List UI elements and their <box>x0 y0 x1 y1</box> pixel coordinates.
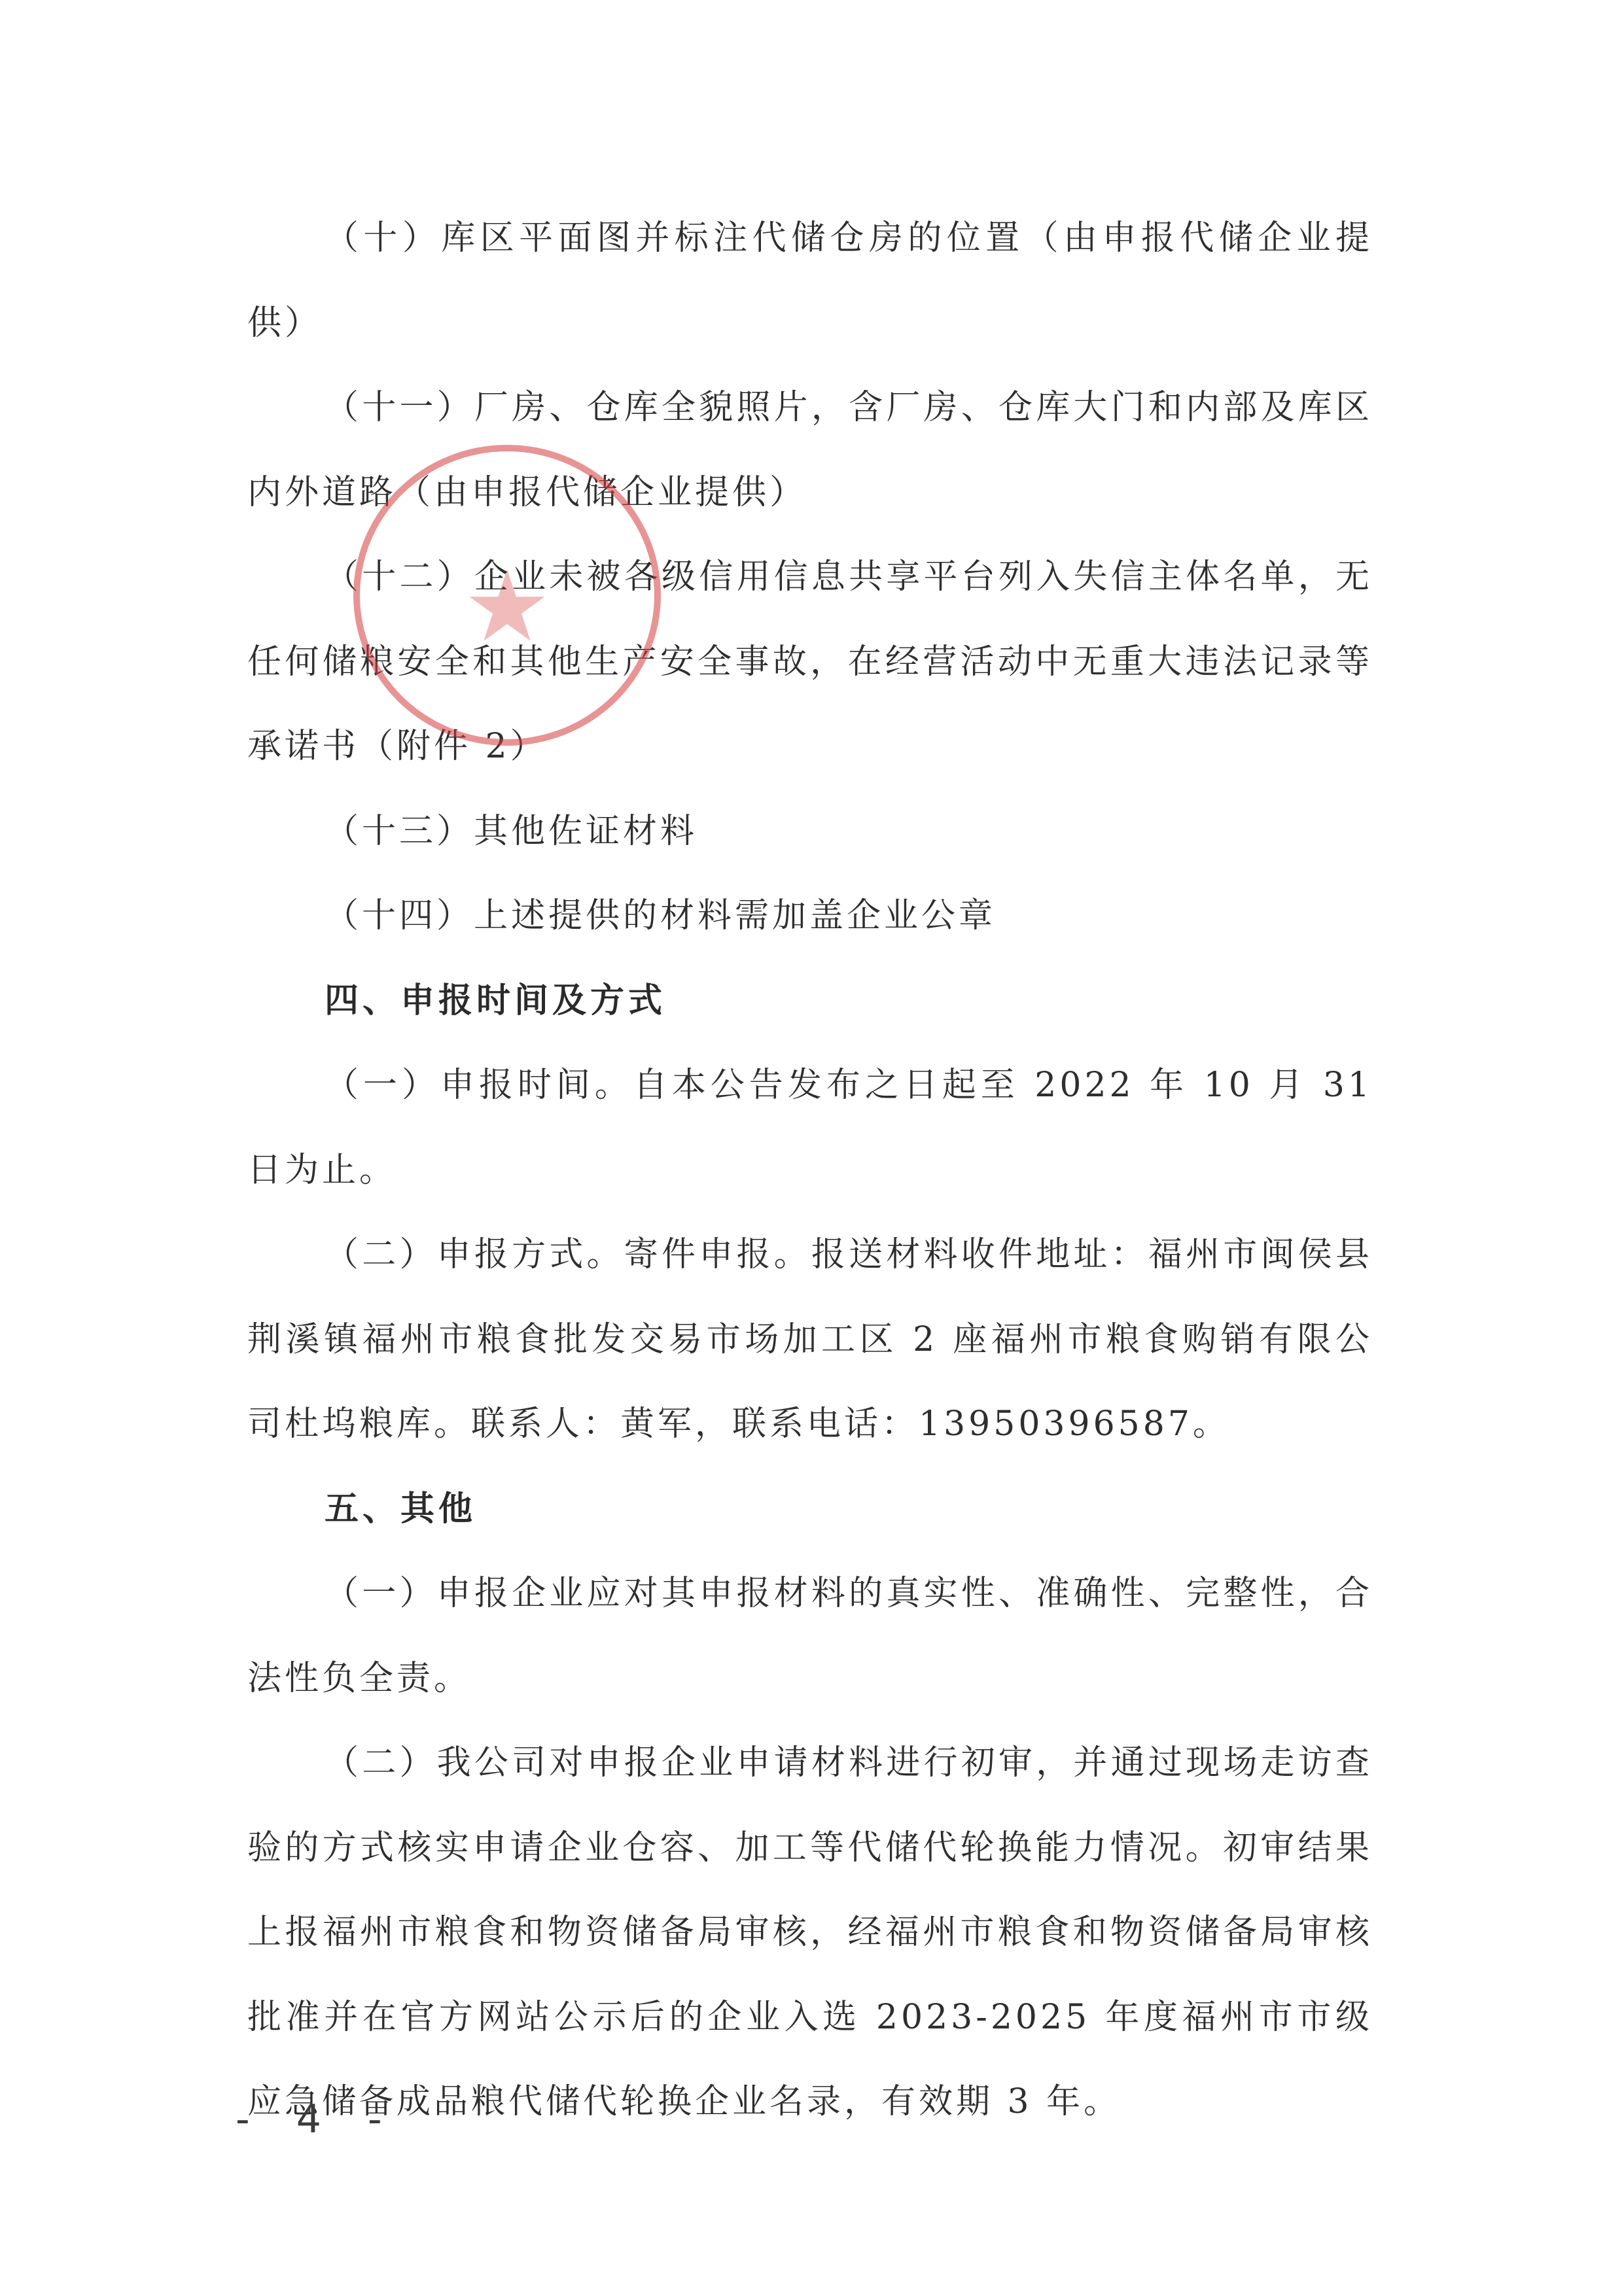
item-11: （十一）厂房、仓库全貌照片，含厂房、仓库大门和内部及库区内外道路（由申报代储企业… <box>247 366 1373 535</box>
section-heading-5: 五、其他 <box>247 1467 1373 1552</box>
section-5-item-1: （一）申报企业应对其申报材料的真实性、准确性、完整性，合法性负全责。 <box>247 1552 1373 1721</box>
document-page: （十）库区平面图并标注代储仓房的位置（由申报代储企业提供） （十一）厂房、仓库全… <box>0 0 1624 2296</box>
item-14: （十四）上述提供的材料需加盖企业公章 <box>247 874 1373 959</box>
page-number: - 4 - <box>236 2096 399 2142</box>
section-4-item-1: （一）申报时间。自本公告发布之日起至 2022 年 10 月 31 日为止。 <box>247 1043 1373 1213</box>
section-5-item-2: （二）我公司对申报企业申请材料进行初审，并通过现场走访查验的方式核实申请企业仓容… <box>247 1721 1373 2145</box>
section-4-item-2: （二）申报方式。寄件申报。报送材料收件地址：福州市闽侯县荆溪镇福州市粮食批发交易… <box>247 1213 1373 1467</box>
item-13: （十三）其他佐证材料 <box>247 790 1373 875</box>
section-heading-4: 四、申报时间及方式 <box>247 959 1373 1044</box>
item-10: （十）库区平面图并标注代储仓房的位置（由申报代储企业提供） <box>247 196 1373 366</box>
item-12: （十二）企业未被各级信用信息共享平台列入失信主体名单，无任何储粮安全和其他生产安… <box>247 535 1373 790</box>
document-body: （十）库区平面图并标注代储仓房的位置（由申报代储企业提供） （十一）厂房、仓库全… <box>247 196 1373 2145</box>
